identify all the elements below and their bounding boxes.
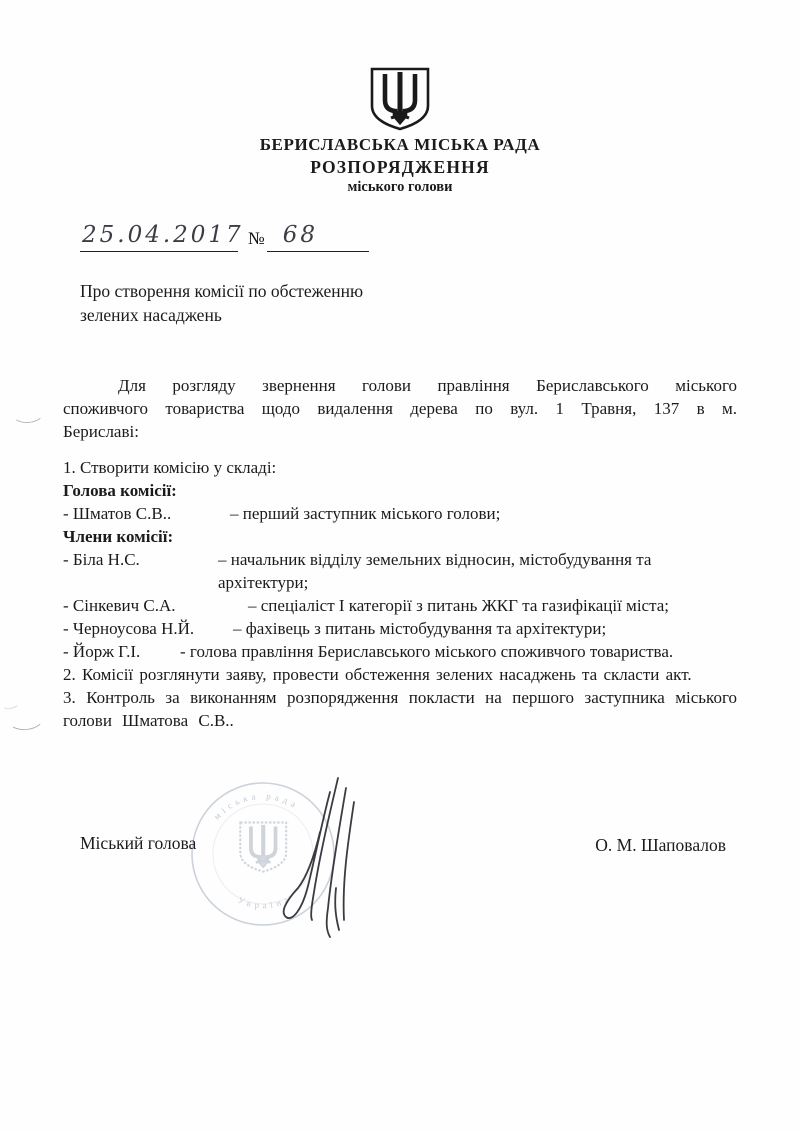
- member-role: – фахівець з питань містобудування та ар…: [233, 617, 737, 640]
- scan-artifact-arc: [11, 402, 44, 424]
- document-page: БЕРИСЛАВСЬКА МІСЬКА РАДА РОЗПОРЯДЖЕННЯ м…: [0, 0, 800, 1131]
- subject-line: Про створення комісії по обстеженню зеле…: [80, 279, 425, 327]
- item-3: 3. Контроль за виконанням розпорядження …: [63, 686, 737, 732]
- org-name: БЕРИСЛАВСЬКА МІСЬКА РАДА: [0, 134, 800, 156]
- commission-member-row: - Сінкевич С.А. – спеціаліст І категорії…: [63, 594, 737, 617]
- member-name: - Йорж Г.І.: [63, 640, 180, 663]
- scan-artifact-arc: [0, 697, 20, 711]
- doc-subtype: міського голови: [0, 178, 800, 197]
- intro-paragraph: Для розгляду звернення голови правління …: [63, 374, 737, 443]
- head-of-commission-label: Голова комісії:: [63, 479, 737, 502]
- handwritten-number: 68: [283, 222, 318, 248]
- member-role: – перший заступник міського голови;: [230, 502, 737, 525]
- handwritten-date: 25.04.2017: [82, 222, 244, 248]
- commission-member-row: - Йорж Г.І. - голова правління Бериславс…: [63, 640, 737, 663]
- commission-member-row: - Шматов С.В.. – перший заступник місько…: [63, 502, 737, 525]
- member-name: - Сінкевич С.А.: [63, 594, 248, 617]
- item-1: 1. Створити комісію у складі:: [63, 456, 737, 479]
- member-name: - Шматов С.В..: [63, 502, 230, 525]
- commission-member-row: - Біла Н.С. – начальник відділу земельни…: [63, 548, 737, 594]
- item-2: 2. Комісії розглянути заяву, провести об…: [63, 663, 737, 686]
- member-role: - голова правління Бериславського місько…: [180, 640, 737, 663]
- document-body: Для розгляду звернення голови правління …: [63, 374, 737, 732]
- doc-type-title: РОЗПОРЯДЖЕННЯ: [0, 156, 800, 178]
- members-of-commission-label: Члени комісії:: [63, 525, 737, 548]
- document-header: БЕРИСЛАВСЬКА МІСЬКА РАДА РОЗПОРЯДЖЕННЯ м…: [0, 66, 800, 197]
- member-name: - Біла Н.С.: [63, 548, 218, 594]
- member-role: – начальник відділу земельних відносин, …: [218, 548, 737, 594]
- number-sign: №: [238, 228, 267, 252]
- signature-name: О. М. Шаповалов: [595, 835, 726, 856]
- date-field: 25.04.2017: [80, 222, 238, 252]
- number-field: 68: [267, 222, 369, 252]
- trident-emblem-icon: [368, 66, 432, 132]
- date-number-line: 25.04.2017 № 68: [80, 222, 369, 252]
- signature-scribble: [276, 770, 366, 940]
- member-role: – спеціаліст І категорії з питань ЖКГ та…: [248, 594, 737, 617]
- member-name: - Черноусова Н.Й.: [63, 617, 233, 640]
- commission-member-row: - Черноусова Н.Й. – фахівець з питань мі…: [63, 617, 737, 640]
- signature-title: Міський голова: [80, 833, 196, 854]
- scan-artifact-arc: [7, 706, 45, 732]
